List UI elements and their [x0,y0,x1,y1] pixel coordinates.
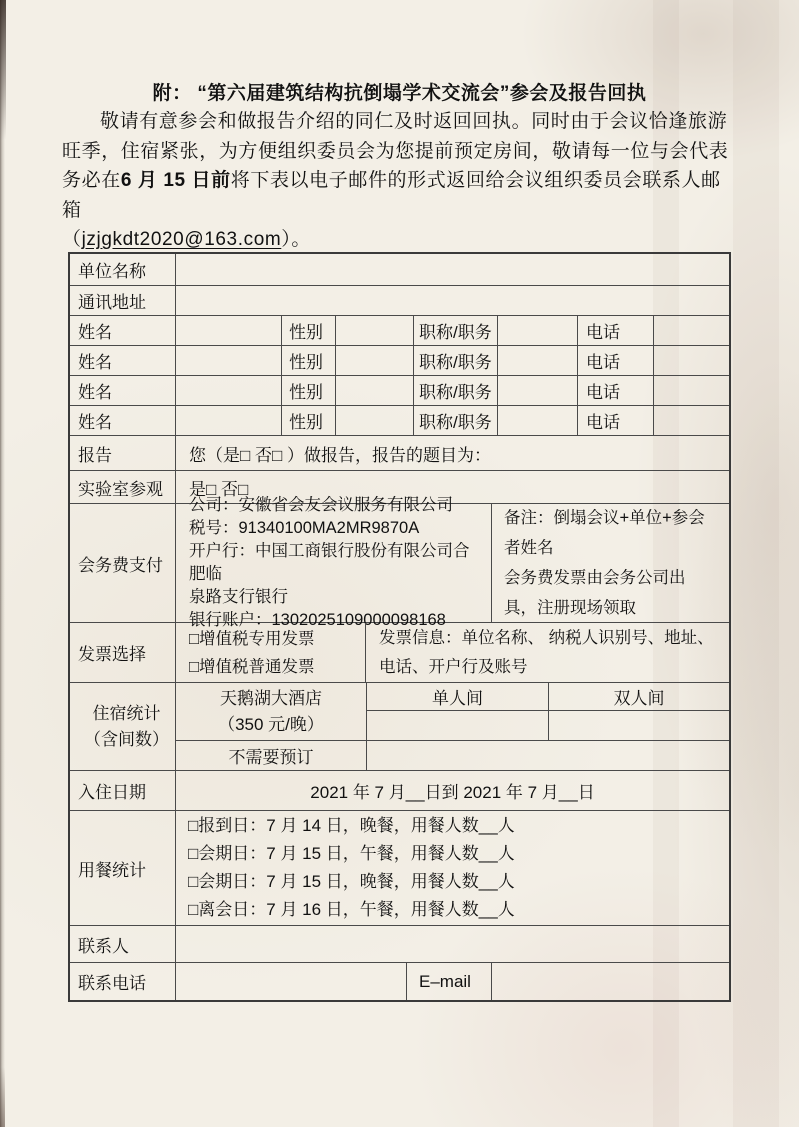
meals-options: □报到日：7 月 14 日，晚餐，用餐人数__人 □会期日：7 月 15 日，午… [175,811,729,925]
payment-bank-details: 公司：安徽省会友会议服务有限公司 税号：91340100MA2MR9870A 开… [175,504,491,622]
invoice-option-general: □增值税普通发票 [189,653,365,681]
no-booking-empty-cell [366,741,729,770]
phone-label: 电话 [577,346,653,375]
meals-row: 用餐统计 □报到日：7 月 14 日，晚餐，用餐人数__人 □会期日：7 月 1… [70,810,729,925]
single-room-header: 单人间 [367,683,548,710]
photo-edge-shadow-bottom-left [0,1067,5,1127]
contact-person-label: 联系人 [70,926,175,962]
payment-bank-line-2: 泉路支行银行 [189,586,485,609]
lab-visit-label: 实验室参观 [70,471,175,503]
gender-input-cell [335,346,413,375]
payment-company: 公司：安徽省会友会议服务有限公司 [189,494,485,517]
lodging-grid: 天鹅湖大酒店 （350 元/晚） 单人间 双人间 [175,683,729,770]
payment-notes: 备注：倒塌会议+单位+参会者姓名 会务费发票由会务公司出具，注册现场领取 [491,504,729,622]
name-label: 姓名 [70,346,175,375]
title-label: 职称/职务 [413,316,497,345]
name-input-cell [175,406,281,435]
meal-option-arrival: □报到日：7 月 14 日，晚餐，用餐人数__人 [188,812,723,840]
payment-bank-line-1: 开户行：中国工商银行股份有限公司合肥临 [189,540,485,586]
meal-option-departure: □离会日：7 月 16 日，午餐，用餐人数__人 [188,896,723,924]
title-input-cell [497,406,577,435]
intro-line-2: 旺季，住宿紧张，为方便组织委员会为您提前预定房间，敬请每一位与会代表 [62,137,738,167]
title-input-cell [497,376,577,405]
phone-label: 电话 [577,376,653,405]
invoice-label: 发票选择 [70,623,175,682]
contact-email-link[interactable]: jzjgkdt2020@163.com [82,229,282,250]
address-input-cell [175,286,729,315]
checkin-date-label: 入住日期 [70,771,175,810]
payment-tax-no: 税号：91340100MA2MR9870A [189,517,485,540]
unit-name-row: 单位名称 [70,254,729,285]
page-title: 附： “第六届建筑结构抗倒塌学术交流会”参会及报告回执 [0,78,799,105]
invoice-options: □增值税专用发票 □增值税普通发票 [175,623,365,682]
attendee-row: 姓名 性别 职称/职务 电话 [70,345,729,375]
checkin-date-row: 入住日期 2021 年 7 月__日到 2021 年 7 月__日 [70,770,729,810]
phone-input-cell [653,376,729,405]
no-booking-option: 不需要预订 [176,741,366,770]
attendee-row: 姓名 性别 职称/职务 电话 [70,315,729,345]
attendee-row: 姓名 性别 职称/职务 电话 [70,405,729,435]
email-label: E–mail [406,963,491,1000]
lodging-row: 住宿统计 （含间数） 天鹅湖大酒店 （350 元/晚） 单人间 双人间 [70,682,729,770]
title-label: 职称/职务 [413,376,497,405]
phone-input-cell [653,346,729,375]
gender-label: 性别 [281,376,335,405]
title-input-cell [497,316,577,345]
gender-input-cell [335,316,413,345]
invoice-info: 发票信息：单位名称、 纳税人识别号、地址、电话、开户行及账号 [365,623,729,682]
phone-label: 电话 [577,316,653,345]
double-room-header: 双人间 [548,683,729,710]
gender-label: 性别 [281,406,335,435]
title-label: 职称/职务 [413,406,497,435]
attendee-row: 姓名 性别 职称/职务 电话 [70,375,729,405]
payment-note-2: 会务费发票由会务公司出具，注册现场领取 [504,563,717,623]
report-row: 报告 您（是□ 否□ ）做报告，报告的题目为： [70,435,729,470]
intro-line-1: 敬请有意参会和做报告介绍的同仁及时返回回执。同时由于会议恰逢旅游 [62,107,738,137]
name-label: 姓名 [70,406,175,435]
meal-option-day1-dinner: □会期日：7 月 15 日，晚餐，用餐人数__人 [188,868,723,896]
photo-edge-shadow-top-left [0,0,6,140]
document-page: 附： “第六届建筑结构抗倒塌学术交流会”参会及报告回执 敬请有意参会和做报告介绍… [0,0,799,1127]
unit-name-label: 单位名称 [70,254,175,285]
name-label: 姓名 [70,376,175,405]
lodging-label: 住宿统计 （含间数） [70,683,175,770]
address-label: 通讯地址 [70,286,175,315]
name-input-cell [175,316,281,345]
payment-note-1: 备注：倒塌会议+单位+参会者姓名 [504,503,717,563]
name-label: 姓名 [70,316,175,345]
hotel-option: 天鹅湖大酒店 （350 元/晚） [176,683,366,740]
phone-input-cell [653,406,729,435]
payment-label: 会务费支付 [70,504,175,622]
phone-label: 电话 [577,406,653,435]
background-tree-trunk [733,0,779,1127]
name-input-cell [175,346,281,375]
contact-phone-row: 联系电话 E–mail [70,962,729,1000]
invoice-row: 发票选择 □增值税专用发票 □增值税普通发票 发票信息：单位名称、 纳税人识别号… [70,622,729,682]
meal-option-day1-lunch: □会期日：7 月 15 日，午餐，用餐人数__人 [188,840,723,868]
contact-phone-input-cell [175,963,406,1000]
deadline-emphasis: 6 月 15 日前 [121,170,231,191]
gender-input-cell [335,376,413,405]
single-room-count-cell [367,711,548,740]
intro-paragraph: 敬请有意参会和做报告介绍的同仁及时返回回执。同时由于会议恰逢旅游 旺季，住宿紧张… [62,107,738,255]
meals-label: 用餐统计 [70,811,175,925]
title-input-cell [497,346,577,375]
invoice-option-special: □增值税专用发票 [189,625,365,653]
registration-form-table: 单位名称 通讯地址 姓名 性别 职称/职务 电话 姓名 性别 职称/职务 电话 [68,252,731,1002]
contact-person-input-cell [175,926,729,962]
gender-label: 性别 [281,346,335,375]
contact-phone-label: 联系电话 [70,963,175,1000]
checkin-date-value: 2021 年 7 月__日到 2021 年 7 月__日 [175,771,729,810]
title-label: 职称/职务 [413,346,497,375]
email-input-cell [491,963,729,1000]
double-room-count-cell [548,711,729,740]
unit-name-input-cell [175,254,729,285]
contact-person-row: 联系人 [70,925,729,962]
report-label: 报告 [70,436,175,470]
gender-input-cell [335,406,413,435]
payment-row: 会务费支付 公司：安徽省会友会议服务有限公司 税号：91340100MA2MR9… [70,503,729,622]
gender-label: 性别 [281,316,335,345]
intro-line-4: （jzjgkdt2020@163.com）。 [62,225,738,255]
intro-line-3: 务必在6 月 15 日前将下表以电子邮件的形式返回给会议组织委员会联系人邮箱 [62,166,738,225]
phone-input-cell [653,316,729,345]
address-row: 通讯地址 [70,285,729,315]
name-input-cell [175,376,281,405]
report-question: 您（是□ 否□ ）做报告，报告的题目为： [175,436,729,470]
